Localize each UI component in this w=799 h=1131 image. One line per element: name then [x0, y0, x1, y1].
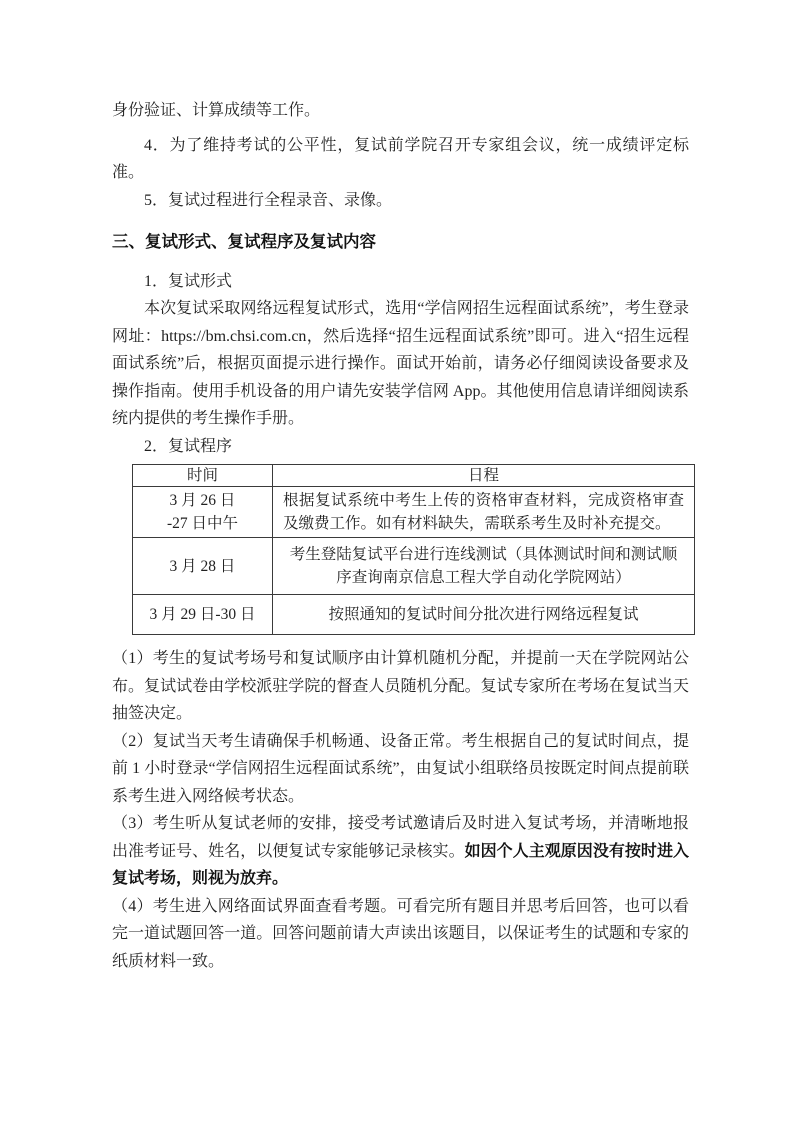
table-cell-schedule: 考生登陆复试平台进行连线测试（具体测试时间和测试顺序查询南京信息工程大学自动化学… — [273, 538, 695, 595]
table-row: 3 月 26 日 -27 日中午 根据复试系统中考生上传的资格审查材料，完成资格… — [133, 487, 695, 538]
table-row: 3 月 29 日-30 日 按照通知的复试时间分批次进行网络远程复试 — [133, 595, 695, 635]
schedule-table: 时间 日程 3 月 26 日 -27 日中午 根据复试系统中考生上传的资格审查材… — [132, 464, 695, 635]
subsection-1-heading: 1．复试形式 — [112, 268, 689, 296]
table-cell-time: 3 月 26 日 -27 日中午 — [133, 487, 273, 538]
document-page: 身份验证、计算成绩等工作。 4．为了维持考试的公平性，复试前学院召开专家组会议，… — [0, 0, 799, 1131]
note-3: （3）考生听从复试老师的安排，接受考试邀请后及时进入复试考场，并清晰地报出准考证… — [112, 810, 689, 893]
subsection-1-paragraph: 本次复试采取网络远程复试形式，选用“学信网招生远程面试系统”，考生登录网址：ht… — [112, 295, 689, 433]
table-cell-time: 3 月 28 日 — [133, 538, 273, 595]
table-header-schedule: 日程 — [273, 465, 695, 487]
note-4: （4）考生进入网络面试界面查看考题。可看完所有题目并思考后回答，也可以看完一道试… — [112, 893, 689, 976]
table-row: 3 月 28 日 考生登陆复试平台进行连线测试（具体测试时间和测试顺序查询南京信… — [133, 538, 695, 595]
table-header-row: 时间 日程 — [133, 465, 695, 487]
subsection-2-heading: 2．复试程序 — [112, 433, 689, 461]
table-cell-schedule: 根据复试系统中考生上传的资格审查材料，完成资格审查及缴费工作。如有材料缺失，需联… — [273, 487, 695, 538]
table-cell-schedule: 按照通知的复试时间分批次进行网络远程复试 — [273, 595, 695, 635]
table-header-time: 时间 — [133, 465, 273, 487]
notes-section: （1）考生的复试考场号和复试顺序由计算机随机分配，并提前一天在学院网站公布。复试… — [112, 645, 689, 975]
section-heading-3: 三、复试形式、复试程序及复试内容 — [112, 228, 689, 256]
paragraph-carryover: 身份验证、计算成绩等工作。 — [112, 97, 689, 125]
list-item-5: 5．复试过程进行全程录音、录像。 — [112, 187, 689, 215]
document-body: 身份验证、计算成绩等工作。 4．为了维持考试的公平性，复试前学院召开专家组会议，… — [112, 97, 689, 975]
table-cell-time: 3 月 29 日-30 日 — [133, 595, 273, 635]
list-item-4: 4．为了维持考试的公平性，复试前学院召开专家组会议，统一成绩评定标准。 — [112, 132, 689, 187]
note-1: （1）考生的复试考场号和复试顺序由计算机随机分配，并提前一天在学院网站公布。复试… — [112, 645, 689, 728]
note-2: （2）复试当天考生请确保手机畅通、设备正常。考生根据自己的复试时间点，提前 1 … — [112, 728, 689, 811]
